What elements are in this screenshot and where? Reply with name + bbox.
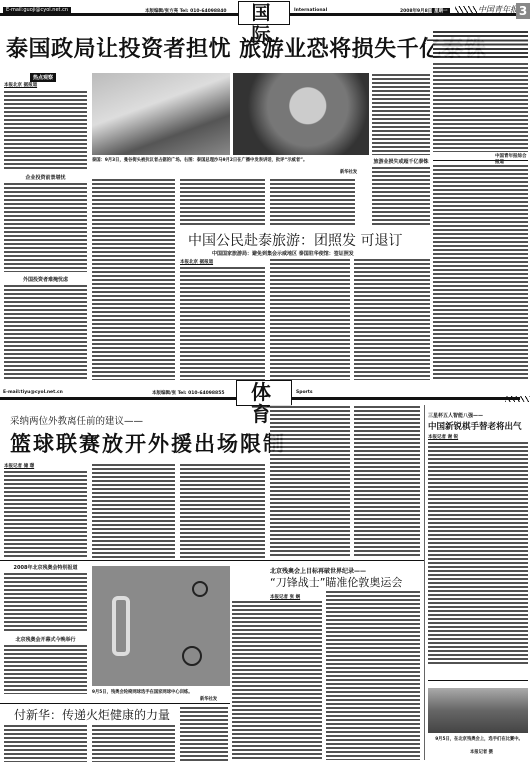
intl-photo-left: [92, 73, 230, 155]
section-title-international: 国际: [238, 1, 290, 25]
intl-secondary-body-3: [354, 258, 430, 380]
intl-right-column-text-top: [433, 30, 528, 60]
divider: [428, 680, 528, 681]
sports-bottom-body-3: [180, 706, 228, 762]
intl-photo-caption: 泰国：9月3日，曼谷街头被抗议者占据的广场。右图：泰国总理沙马9月2日在广播中发…: [92, 158, 369, 164]
sports-feature-body-2: [326, 590, 420, 760]
issue-date: 2008年9月8日: [400, 8, 432, 14]
sports-email: E-mail:tiyu@cyol.net.cn: [3, 390, 63, 395]
intl-email: E-mail:guoji@cyol.net.cn: [3, 7, 71, 14]
sports-bottom-body-2: [92, 724, 175, 762]
sports-lead-body-4: [270, 405, 350, 558]
court-logo-shape: [112, 596, 130, 656]
intl-subhead-2: 外国投资者难掩忧虑: [4, 276, 87, 283]
paper-name-logo: 中国青年报: [478, 4, 518, 15]
divider: [0, 560, 424, 561]
intl-photo-credit: 新华社发: [340, 170, 357, 176]
divider: [424, 405, 425, 760]
sports-feature-headline: “刀锋战士”瞄准伦敦奥运会: [270, 574, 402, 590]
intl-secondary-headline: 中国公民赴泰旅游：团照发 可退订: [188, 230, 402, 250]
intl-lead-body-8: [372, 166, 430, 226]
sports-box-title-2: 北京残奥会开幕式今晚举行: [4, 636, 87, 643]
intl-lead-body-7: [372, 73, 430, 155]
sports-lead-kicker: 采纳两位外教离任前的建议——: [10, 413, 143, 427]
intl-subhead-1: 企业投资前景堪忧: [4, 174, 87, 181]
sports-box-body-2: [4, 644, 87, 694]
page-number: 3: [516, 3, 530, 19]
intl-lead-body-1: [4, 90, 87, 170]
sports-sidebar-photo-credit: 本报记者 摄: [470, 750, 493, 756]
section-en-sports: Sports: [296, 390, 313, 395]
sports-bottom-body-1: [4, 724, 87, 762]
sports-bottom-headline: 付新华：传递火炬健康的力量: [14, 706, 170, 723]
intl-secondary-deck: 中国国家旅游局：避免到集会示威地区 泰国驻华使馆：签证照发: [212, 250, 354, 257]
intl-secondary-byline: 本报北京 据报道: [180, 259, 213, 265]
intl-lead-body-5: [180, 178, 265, 226]
decorative-stripes: [455, 6, 477, 16]
intl-lead-headline: 泰国政局让投资者担忧 旅游业恐将损失千亿泰铢: [6, 32, 487, 63]
sports-box-title-1: 2008年北京残奥会特别报道: [4, 564, 87, 571]
sports-sidebar-body: [428, 441, 528, 666]
intl-right-story-body: [433, 164, 528, 380]
intl-secondary-body-1: [180, 266, 265, 380]
sports-lead-byline: 本报记者 储 璟: [4, 463, 34, 469]
section-en-international: International: [294, 8, 327, 13]
intl-photo-right: [233, 73, 369, 155]
decorative-stripes: [505, 396, 530, 402]
sports-lead-body-2: [92, 463, 175, 558]
sports-lead-body-3: [180, 463, 265, 558]
sports-editor-contact: 本版编辑/张 Tel: 010-64098855: [152, 390, 224, 396]
section-title-sports: 体育: [236, 380, 292, 406]
sports-lead-body-1: [4, 470, 87, 558]
intl-lead-body-3: [4, 284, 87, 380]
sports-sidebar-photo-caption: 9月5日，在北京残奥会上，选手们在比赛中。: [432, 737, 526, 743]
sports-sidebar-byline: 本报记者 谢 锐: [428, 434, 458, 440]
sports-box-photo-caption: 9月5日，残奥会轮椅网球选手在国家网球中心训练。: [92, 690, 230, 696]
intl-subhead-3: 旅游业损失或超千亿泰铢: [372, 158, 430, 165]
intl-lead-body-4: [92, 178, 175, 380]
wheelchair-player-1: [192, 581, 208, 597]
sports-sidebar-headline: 中国新锐棋手替老将出气: [428, 420, 522, 432]
issue-weekday: 星期一: [432, 8, 450, 14]
sports-box-photo: [92, 566, 230, 686]
intl-lead-body-9: [433, 62, 528, 152]
wheelchair-player-2: [182, 646, 202, 666]
sports-lead-body-5: [354, 405, 420, 558]
divider: [0, 703, 230, 704]
sports-feature-body-1: [232, 600, 322, 760]
sports-sidebar-photo: [428, 688, 528, 733]
intl-secondary-body-2: [270, 258, 350, 380]
intl-kicker-box: 热点观察: [30, 73, 56, 82]
sports-sidebar-kicker: 三星杯五人智能八强——: [428, 412, 483, 419]
intl-lead-body-6: [270, 178, 355, 226]
intl-lead-byline: 本报北京 据报道: [4, 82, 37, 88]
sports-box-body-1: [4, 572, 87, 632]
intl-lead-body-2: [4, 182, 87, 272]
divider: [433, 160, 528, 161]
intl-editor-contact: 本版编辑/张方亮 Tel: 010-64098840: [145, 8, 226, 14]
sports-lead-headline: 篮球联赛放开外援出场限制: [10, 428, 286, 458]
